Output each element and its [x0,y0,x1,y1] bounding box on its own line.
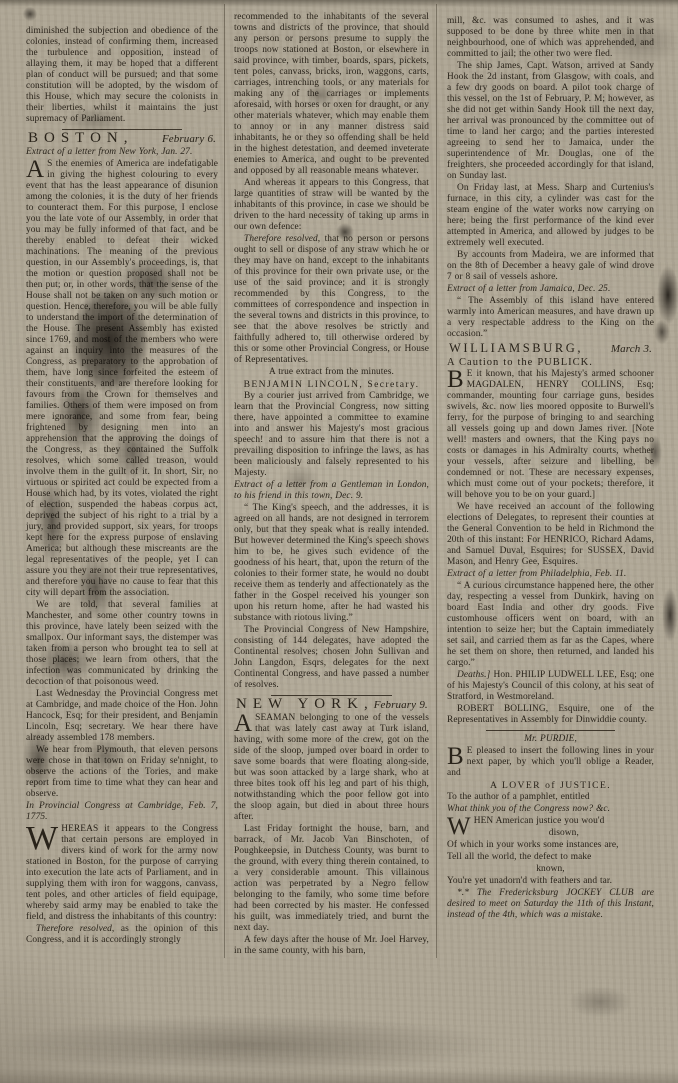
drop-cap: A [234,713,255,734]
congress-meeting-paragraph: Last Wednesday the Provincial Congress m… [26,689,218,744]
new-hampshire-paragraph: The Provincial Congress of New Hampshire… [234,625,429,691]
madeira-paragraph: By accounts from Madeira, we are informe… [447,250,654,283]
letter-byline: Extract of a letter from New York, Jan. … [26,147,218,158]
continuation-paragraph: mill, &c. was consumed to ashes, and it … [447,16,654,60]
dateline-city: NEW YORK, [236,699,374,710]
ship-james-paragraph: The ship James, Capt. Watson, arrived at… [447,61,654,182]
jamaica-quote: “ The Assembly of this island have enter… [447,296,654,340]
italic-lead: Therefore resolved, [36,924,114,934]
paragraph-text: SEAMAN belonging to one of the vessels t… [234,713,429,822]
delegates-paragraph: We have received an account of the follo… [447,502,654,568]
true-extract-line: A true extract from the minutes. [234,367,429,378]
jockey-club-notice: *.* The Fredericksburg JOCKEY CLUB are d… [447,888,654,921]
drop-cap: A [26,159,47,180]
boston-dateline: BOSTON, February 6. [28,133,216,145]
secretary-signature: BENJAMIN LINCOLN, Secretary. [234,379,429,390]
dateline-city: WILLIAMSBURG, [449,343,583,354]
continuation-paragraph: diminished the subjection and obedience … [26,26,218,125]
london-extract-byline: Extract of a letter from a Gentleman in … [234,480,429,502]
drop-cap: W [447,816,474,837]
italic-lead: Deaths.] [457,670,490,680]
continuation-paragraph: recommended to the inhabitants of the se… [234,12,429,177]
caution-subheading: A Caution to the PUBLICK. [447,357,654,368]
poughkeepsie-paragraph: Last Friday fortnight the house, barn, a… [234,824,429,934]
deaths-notice: Deaths.] Hon. PHILIP LUDWELL LEE, Esq; o… [447,670,654,703]
harvey-paragraph: A few days after the house of Mr. Joel H… [234,935,429,957]
reader-letter: BE pleased to insert the following lines… [447,746,654,779]
dateline-city: BOSTON, [28,133,134,144]
kings-speech-quote: “ The King's speech, and the addresses, … [234,503,429,624]
drop-cap: W [26,824,61,852]
poem-line: You're yet unadorn'd with feathers and t… [447,876,654,887]
boston-letter-body: AS the enemies of America are indefatiga… [26,159,218,599]
williamsburg-dateline: WILLIAMSBURG, March 3. [449,343,652,355]
paragraph-text: E pleased to insert the following lines … [447,746,654,778]
drop-cap: B [447,369,467,390]
therefore-resolved-paragraph: Therefore resolved, as the opinion of th… [26,924,218,946]
section-divider [486,730,614,731]
philadelphia-extract-byline: Extract of a letter from Philadelphia, F… [447,569,654,580]
poem-line: Of which in your works some instances ar… [447,840,654,851]
furnace-paragraph: On Friday last, at Mess. Sharp and Curte… [447,183,654,249]
paragraph-text: E it known, that his Majesty's armed sch… [447,369,654,500]
therefore-resolved-paragraph: Therefore resolved, that no person or pe… [234,234,429,366]
column-layout: diminished the subjection and obedience … [24,4,664,958]
smallpox-paragraph: We are told, that several families at Ma… [26,600,218,688]
bolling-notice: ROBERT BOLLING, Esquire, one of the Repr… [447,704,654,726]
dunkirk-quote: “ A curious circumstance happened here, … [447,581,654,669]
drop-cap: B [447,746,467,767]
paragraph-text: that no person or persons ought to sell … [234,234,429,365]
poem-text: HEN American justice you wou'd [474,816,605,826]
dateline-date: March 3. [611,344,652,355]
paragraph-text: S the enemies of America are indefatigab… [26,159,218,598]
plymouth-paragraph: We hear from Plymouth, that eleven perso… [26,745,218,800]
whereas-paragraph: WHEREAS it appears to the Congress that … [26,824,218,923]
poem-line: disown, [447,828,654,839]
column-1: diminished the subjection and obedience … [24,4,224,958]
pamphlet-title: What think you of the Congress now? &c. [447,804,654,815]
courier-paragraph: By a courier just arrived from Cambridge… [234,391,429,479]
magdalen-paragraph: BE it known, that his Majesty's armed sc… [447,369,654,501]
column-2: recommended to the inhabitants of the se… [224,4,436,958]
dateline-date: February 6. [162,134,216,145]
jamaica-extract-byline: Extract of a letter from Jamaica, Dec. 2… [447,284,654,295]
column-3: mill, &c. was consumed to ashes, and it … [436,4,656,958]
straw-whereas-paragraph: And whereas it appears to this Congress,… [234,178,429,233]
dateline-date: February 9. [374,700,428,711]
poem-line: known, [447,864,654,875]
seaman-paragraph: ASEAMAN belonging to one of the vessels … [234,713,429,823]
lover-of-justice-signature: A LOVER of JUSTICE. [447,780,654,791]
new-york-dateline: NEW YORK, February 9. [236,699,427,711]
poem-line: WHEN American justice you wou'd [447,816,654,827]
purdie-salutation: Mr. PURDIE, [447,734,654,745]
pamphlet-intro-line: To the author of a pamphlet, entitled [447,792,654,803]
poem-line: Tell all the world, the defect to make [447,852,654,863]
newspaper-page: diminished the subjection and obedience … [0,0,678,1083]
italic-lead: Therefore resolved, [244,234,320,244]
